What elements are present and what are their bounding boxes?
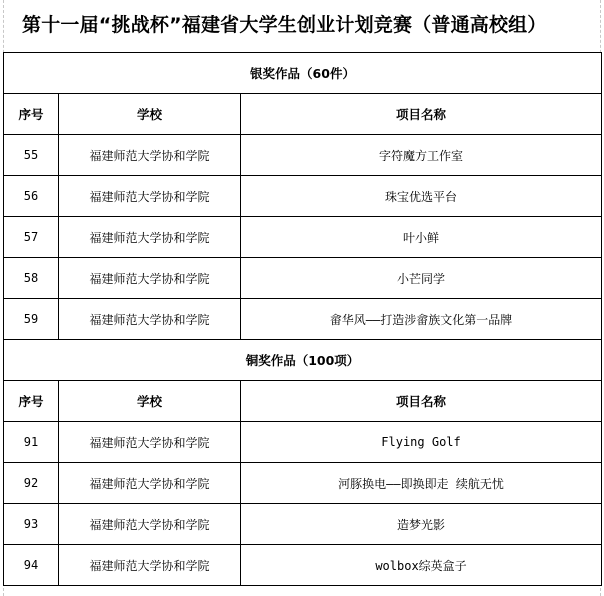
- table-row: 55 福建师范大学协和学院 字符魔方工作室: [4, 135, 602, 176]
- cell-no: 57: [4, 217, 59, 258]
- section-heading: 银奖作品（60件）: [4, 53, 602, 94]
- cell-school: 福建师范大学协和学院: [59, 258, 241, 299]
- cell-project: 叶小鲜: [241, 217, 602, 258]
- cell-project: wolbox综英盒子: [241, 545, 602, 586]
- cell-no: 92: [4, 463, 59, 504]
- table-row: 57 福建师范大学协和学院 叶小鲜: [4, 217, 602, 258]
- column-header-row: 序号 学校 项目名称: [4, 94, 602, 135]
- cell-project: Flying Golf: [241, 422, 602, 463]
- cell-no: 58: [4, 258, 59, 299]
- column-header-project: 项目名称: [241, 94, 602, 135]
- table-row: 91 福建师范大学协和学院 Flying Golf: [4, 422, 602, 463]
- cell-no: 55: [4, 135, 59, 176]
- table-row: 94 福建师范大学协和学院 wolbox综英盒子: [4, 545, 602, 586]
- table-row: 93 福建师范大学协和学院 造梦光影: [4, 504, 602, 545]
- awards-table: 银奖作品（60件） 序号 学校 项目名称 55 福建师范大学协和学院 字符魔方工…: [3, 52, 602, 586]
- cell-school: 福建师范大学协和学院: [59, 545, 241, 586]
- cell-no: 56: [4, 176, 59, 217]
- cell-school: 福建师范大学协和学院: [59, 135, 241, 176]
- cell-project: 珠宝优选平台: [241, 176, 602, 217]
- column-header-no: 序号: [4, 94, 59, 135]
- cell-no: 91: [4, 422, 59, 463]
- table-row: 59 福建师范大学协和学院 畲华风——打造涉畲族文化第一品牌: [4, 299, 602, 340]
- column-header-row: 序号 学校 项目名称: [4, 381, 602, 422]
- cell-no: 94: [4, 545, 59, 586]
- column-header-school: 学校: [59, 94, 241, 135]
- table-row: 92 福建师范大学协和学院 河豚换电——即换即走 续航无忧: [4, 463, 602, 504]
- cell-school: 福建师范大学协和学院: [59, 176, 241, 217]
- cell-project: 造梦光影: [241, 504, 602, 545]
- cell-school: 福建师范大学协和学院: [59, 463, 241, 504]
- cell-school: 福建师范大学协和学院: [59, 422, 241, 463]
- cell-project: 畲华风——打造涉畲族文化第一品牌: [241, 299, 602, 340]
- cell-project: 小芒同学: [241, 258, 602, 299]
- cell-no: 59: [4, 299, 59, 340]
- column-header-project: 项目名称: [241, 381, 602, 422]
- table-row: 56 福建师范大学协和学院 珠宝优选平台: [4, 176, 602, 217]
- column-header-school: 学校: [59, 381, 241, 422]
- cell-project: 河豚换电——即换即走 续航无忧: [241, 463, 602, 504]
- table-row: 58 福建师范大学协和学院 小芒同学: [4, 258, 602, 299]
- cell-school: 福建师范大学协和学院: [59, 217, 241, 258]
- section-heading-row-bronze: 铜奖作品（100项）: [4, 340, 602, 381]
- column-header-no: 序号: [4, 381, 59, 422]
- cell-school: 福建师范大学协和学院: [59, 504, 241, 545]
- cell-no: 93: [4, 504, 59, 545]
- section-heading: 铜奖作品（100项）: [4, 340, 602, 381]
- section-heading-row-silver: 银奖作品（60件）: [4, 53, 602, 94]
- document-title: 第十一届“挑战杯”福建省大学生创业计划竞赛（普通高校组）: [22, 10, 547, 37]
- cell-project: 字符魔方工作室: [241, 135, 602, 176]
- cell-school: 福建师范大学协和学院: [59, 299, 241, 340]
